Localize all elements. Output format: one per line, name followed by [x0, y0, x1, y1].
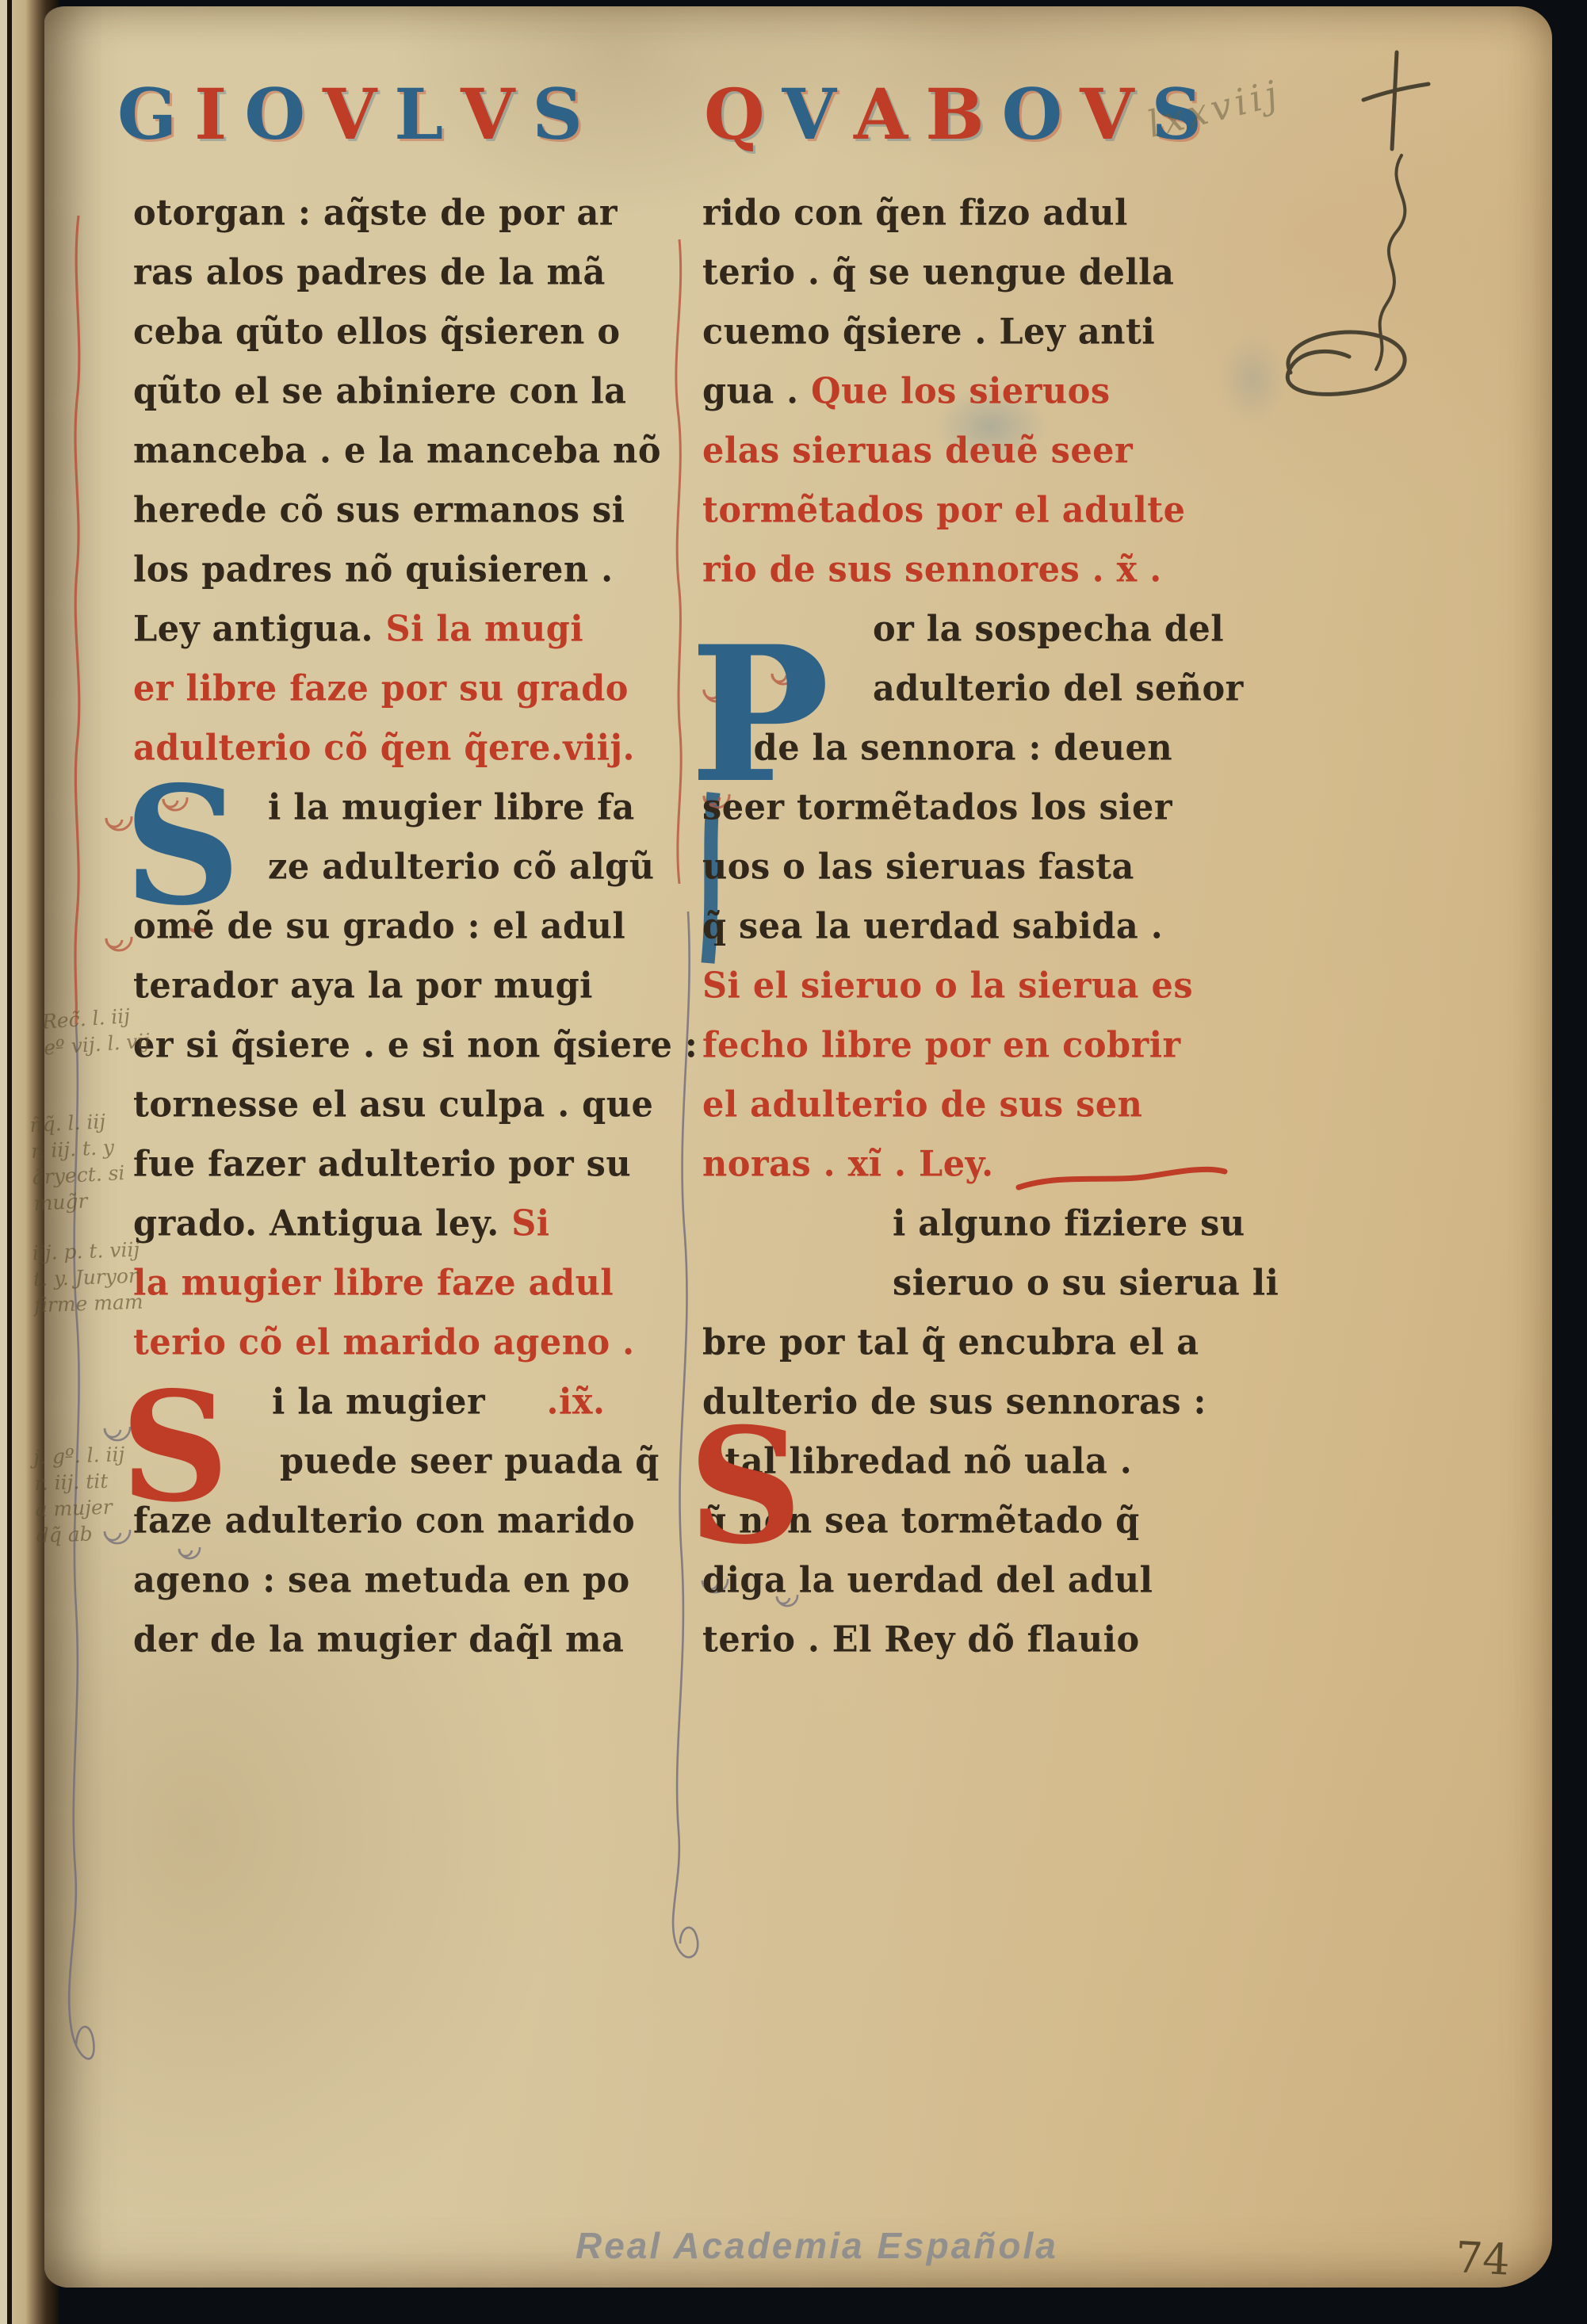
initial-capital-s: S	[124, 780, 241, 913]
text-line: los padres nõ quisieren .	[133, 540, 614, 602]
ink-segment: los padres nõ quisieren .	[133, 549, 614, 591]
ink-segment: uos o las sieruas fasta	[702, 847, 1134, 888]
ink-segment: der de la mugier daq̃l ma	[133, 1619, 624, 1661]
text-line: otorgan : aq̃ste de por ar	[133, 183, 618, 245]
rubric-segment: fecho libre por en cobrir	[702, 1025, 1181, 1066]
initial-capital-s: S	[688, 1422, 802, 1552]
ink-segment: er si q̃siere . e si non q̃siere :	[133, 1025, 698, 1066]
text-line: tornesse el asu culpa . que	[133, 1075, 653, 1137]
text-line: fecho libre por en cobrir	[702, 1015, 1181, 1077]
text-line: terador aya la por mugi	[133, 956, 593, 1018]
title-letter: V	[323, 79, 394, 149]
text-line: elas sieruas deuẽ seer	[702, 421, 1133, 483]
text-line: el adulterio de sus sen	[702, 1075, 1142, 1137]
text-line: gua . Que los sieruos	[702, 361, 1111, 423]
title-letter: O	[1002, 79, 1080, 149]
margin-note: Rec̃. l. iij eº vij. l. vij	[41, 1001, 151, 1061]
ink-segment: i la mugier libre fa	[268, 787, 635, 828]
manuscript-photo: { "meta": { "watermark": "Real Academia …	[0, 0, 1587, 2324]
ink-segment: terio . q̃ se uengue della	[702, 252, 1174, 293]
rubric-segment: tormẽtados por el adulte	[702, 490, 1186, 531]
text-line: der de la mugier daq̃l ma	[133, 1610, 624, 1672]
text-line: ras alos padres de la mã	[133, 243, 606, 304]
ink-segment: ceba qũto ellos q̃sieren o	[133, 312, 621, 353]
ink-segment: adulterio del señor	[873, 668, 1244, 709]
title-letter: V	[1080, 79, 1151, 149]
ink-segment: qũto el se abiniere con la	[133, 371, 627, 412]
ink-segment: bre por tal q̃ encubra el a	[702, 1322, 1199, 1363]
ink-segment: or la sospecha del	[873, 609, 1224, 650]
ink-segment: ze adulterio cõ algũ	[268, 847, 655, 888]
rubric-segment: er libre faze por su grado	[133, 668, 629, 709]
ink-segment: otorgan : aq̃ste de por ar	[133, 193, 618, 234]
text-line: noras . xĩ . Ley.	[702, 1134, 994, 1196]
rubric-segment: Que los sieruos	[811, 371, 1110, 412]
ink-segment: puede seer puada q̃	[280, 1441, 660, 1482]
text-line: tormẽtados por el adulte	[702, 480, 1186, 542]
rubric-segment: noras . xĩ . Ley.	[702, 1144, 994, 1185]
title-letter: L	[394, 79, 461, 149]
title-letter: S	[532, 79, 600, 149]
ink-segment: fue fazer adulterio por su	[133, 1144, 631, 1185]
text-line: terio . El Rey dõ flauio	[702, 1610, 1140, 1672]
ink-segment: sieruo o su sierua li	[893, 1263, 1279, 1304]
text-line: grado. Antigua ley. Si	[133, 1194, 550, 1256]
text-line: er si q̃siere . e si non q̃siere :	[133, 1015, 698, 1077]
ink-segment: herede cõ sus ermanos si	[133, 490, 625, 531]
ink-segment: Ley antigua.	[133, 609, 386, 650]
initial-capital-p: P	[690, 639, 830, 792]
text-line: Ley antigua. Si la mugi	[133, 599, 583, 661]
ink-segment: cuemo q̃siere . Ley anti	[702, 312, 1155, 353]
text-line: rido con q̃en fizo adul	[702, 183, 1128, 245]
rubric-segment: elas sieruas deuẽ seer	[702, 430, 1133, 472]
text-line: er libre faze por su grado	[133, 659, 629, 721]
ink-segment: terador aya la por mugi	[133, 965, 593, 1007]
rubric-segment: Si	[511, 1203, 549, 1244]
text-line: herede cõ sus ermanos si	[133, 480, 625, 542]
title-letter: Q	[704, 79, 782, 149]
ink-segment: manceba . e la manceba nõ	[133, 430, 661, 472]
ink-segment: i alguno fiziere su	[893, 1203, 1245, 1244]
text-line: manceba . e la manceba nõ	[133, 421, 661, 483]
rubric-segment: el adulterio de sus sen	[702, 1084, 1142, 1126]
text-line: uos o las sieruas fasta	[702, 837, 1134, 899]
text-line: sieruo o su sierua li	[702, 1253, 1279, 1315]
text-line: ageno : sea metuda en po	[133, 1550, 630, 1612]
title-letter: A	[854, 79, 925, 149]
text-line: q̃ sea la uerdad sabida .	[702, 896, 1163, 958]
text-line: fue fazer adulterio por su	[133, 1134, 631, 1196]
title-letter: V	[782, 79, 854, 149]
title-letter: B	[925, 79, 1001, 149]
ink-segment: gua .	[702, 371, 811, 412]
text-line: cuemo q̃siere . Ley anti	[702, 302, 1155, 364]
ink-segment: tornesse el asu culpa . que	[133, 1084, 653, 1126]
folio-number: 74	[1454, 2232, 1511, 2285]
ink-segment: q̃ sea la uerdad sabida .	[702, 906, 1163, 947]
rubric-segment: terio cõ el marido ageno .	[133, 1322, 635, 1363]
text-line: i alguno fiziere su	[702, 1194, 1245, 1256]
text-line: Si el sieruo o la sierua es	[702, 956, 1193, 1018]
text-line: qũto el se abiniere con la	[133, 361, 627, 423]
ink-segment: rido con q̃en fizo adul	[702, 193, 1128, 234]
text-line: terio . q̃ se uengue della	[702, 243, 1174, 304]
initial-capital-s: S	[120, 1386, 229, 1509]
rubric-segment: .ix̃.	[485, 1382, 605, 1423]
running-title-left: GIOVLVS	[117, 79, 600, 149]
rubric-segment: Si la mugi	[386, 609, 584, 650]
ink-segment: terio . El Rey dõ flauio	[702, 1619, 1140, 1661]
library-watermark: Real Academia Española	[576, 2224, 1058, 2267]
ink-segment: ras alos padres de la mã	[133, 252, 606, 293]
text-line: bre por tal q̃ encubra el a	[702, 1313, 1199, 1374]
rubric-segment: la mugier libre faze adul	[133, 1263, 614, 1304]
title-letter: G	[117, 79, 194, 149]
text-line: ceba qũto ellos q̃sieren o	[133, 302, 621, 364]
margin-note: j. gº. l. iij r. iij. tit a mujer dq̃ ab	[33, 1441, 128, 1549]
ink-segment: i la mugier	[272, 1382, 485, 1423]
ink-segment: grado. Antigua ley.	[133, 1203, 511, 1244]
rubric-segment: rio de sus sennores . x̃ .	[702, 549, 1162, 591]
title-letter: V	[461, 79, 532, 149]
margin-note: ñq̃. l. iij r. iij. t. y ãryect. si mug̃…	[29, 1107, 127, 1217]
text-line: rio de sus sennores . x̃ .	[702, 540, 1162, 602]
margin-note: iij. p. t. viij t. y. Juryor firme mam	[32, 1237, 143, 1319]
title-letter: O	[244, 79, 323, 149]
rubric-segment: Si el sieruo o la sierua es	[702, 965, 1193, 1007]
ink-segment: ageno : sea metuda en po	[133, 1560, 630, 1601]
running-title-right: QVABOVS	[704, 79, 1219, 149]
title-letter: I	[194, 79, 244, 149]
text-line: la mugier libre faze adul	[133, 1253, 614, 1315]
